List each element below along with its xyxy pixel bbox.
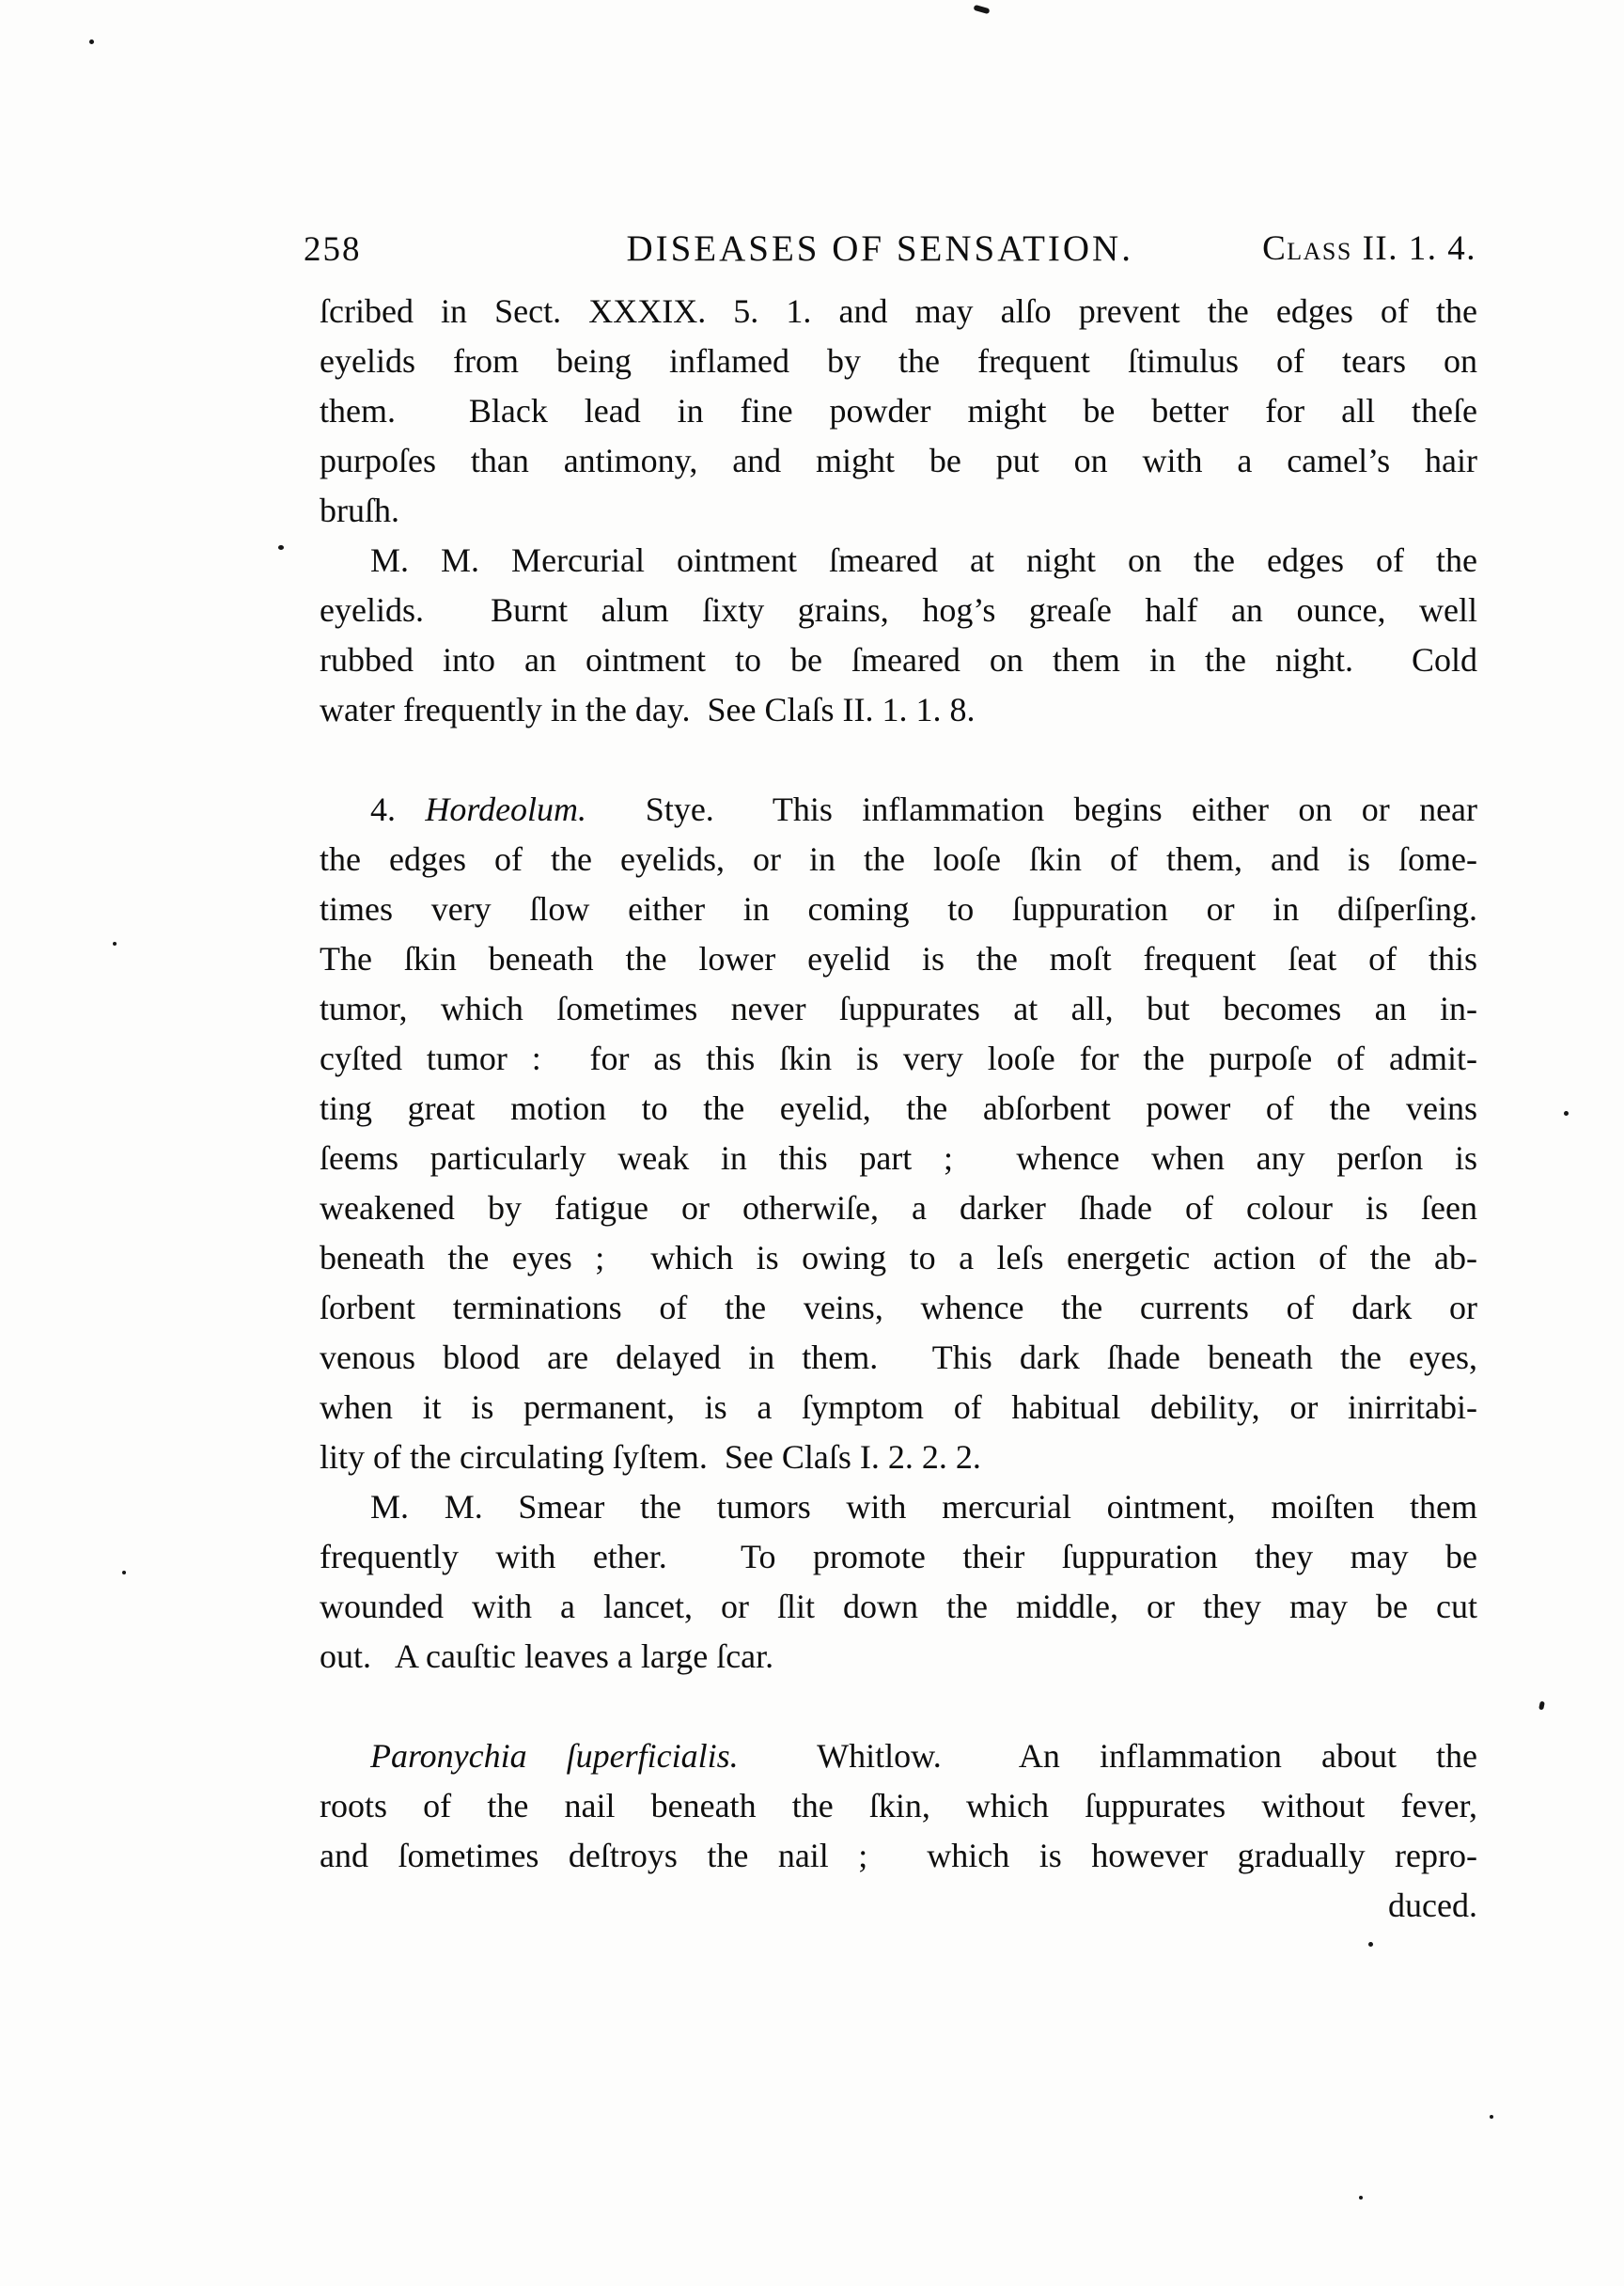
text-line: Paronychia ſuperficialis. Whitlow. An in…	[320, 1731, 1477, 1781]
running-title: DISEASES OF SENSATION.	[626, 228, 1132, 270]
text-run: eyelids from being inflamed by the frequ…	[320, 342, 1477, 380]
text-line: cyſted tumor : for as this ſkin is very …	[320, 1034, 1477, 1084]
paragraph: ſcribed in Sect. XXXIX. 5. 1. and may al…	[320, 287, 1477, 536]
text-run: the edges of the eyelids, or in the looſ…	[320, 840, 1477, 878]
text-run: eyelids. Burnt alum ſixty grains, hog’s …	[320, 591, 1477, 629]
text-run: ſeems particularly weak in this part ; w…	[320, 1139, 1477, 1177]
italic-term: Paronychia ſuperficialis.	[370, 1737, 739, 1775]
text-line: water frequently in the day. See Claſs I…	[320, 685, 1477, 735]
text-run: ting great motion to the eyelid, the abſ…	[320, 1089, 1477, 1127]
scan-speck	[113, 942, 117, 946]
text-run: times very ſlow either in coming to ſupp…	[320, 890, 1477, 928]
text-run: tumor, which ſometimes never ſuppurates …	[320, 990, 1477, 1027]
text-line: 4. Hordeolum. Stye. This inflammation be…	[320, 785, 1477, 835]
text-run: lity of the circulating ſyſtem. See Claſ…	[320, 1438, 981, 1476]
text-run: The ſkin beneath the lower eyelid is the…	[320, 940, 1477, 978]
italic-term: Hordeolum.	[425, 791, 586, 828]
book-page-scan: 258 DISEASES OF SENSATION. Class II. 1. …	[0, 0, 1624, 2286]
text-line: wounded with a lancet, or ſlit down the …	[320, 1582, 1477, 1632]
text-line: purpoſes than antimony, and might be put…	[320, 436, 1477, 486]
page-number: 258	[304, 229, 362, 271]
scan-speck	[974, 5, 991, 14]
text-line: lity of the circulating ſyſtem. See Claſ…	[320, 1433, 1477, 1482]
text-line: ting great motion to the eyelid, the abſ…	[320, 1084, 1477, 1134]
class-reference: Class II. 1. 4.	[1262, 228, 1476, 270]
scan-speck	[1359, 2196, 1363, 2200]
text-line: out. A cauſtic leaves a large ſcar.	[320, 1632, 1477, 1682]
text-run: rubbed into an ointment to be ſmeared on…	[320, 641, 1477, 679]
text-run: M. M. Mercurial ointment ſmeared at nigh…	[370, 541, 1477, 579]
text-run: ſcribed in Sect. XXXIX. 5. 1. and may al…	[320, 292, 1477, 330]
text-run: water frequently in the day. See Claſs I…	[320, 691, 975, 728]
text-line: rubbed into an ointment to be ſmeared on…	[320, 635, 1477, 685]
scan-speck	[122, 1571, 126, 1574]
text-line: the edges of the eyelids, or in the looſ…	[320, 835, 1477, 885]
text-line: beneath the eyes ; which is owing to a l…	[320, 1233, 1477, 1283]
text-line: duced.	[320, 1881, 1477, 1931]
text-run: out. A cauſtic leaves a large ſcar.	[320, 1637, 773, 1675]
text-run: duced.	[1388, 1887, 1477, 1924]
text-run: M. M. Smear the tumors with mercurial oi…	[370, 1488, 1477, 1526]
text-line: eyelids from being inflamed by the frequ…	[320, 337, 1477, 386]
text-line: tumor, which ſometimes never ſuppurates …	[320, 984, 1477, 1034]
text-run: Stye. This inflammation begins either on…	[586, 791, 1477, 828]
text-line: frequently with ether. To promote their …	[320, 1532, 1477, 1582]
text-run: 4.	[370, 791, 425, 828]
text-line: and ſometimes deſtroys the nail ; which …	[320, 1831, 1477, 1881]
paragraph: Paronychia ſuperficialis. Whitlow. An in…	[320, 1731, 1477, 1931]
scan-speck	[1538, 1701, 1545, 1711]
text-run: frequently with ether. To promote their …	[320, 1538, 1477, 1575]
text-line: ſeems particularly weak in this part ; w…	[320, 1134, 1477, 1183]
paragraph: M. M. Smear the tumors with mercurial oi…	[320, 1482, 1477, 1682]
text-run: weakened by fatigue or otherwiſe, a dark…	[320, 1189, 1477, 1227]
page-header: 258 DISEASES OF SENSATION. Class II. 1. …	[304, 228, 1476, 270]
text-run: purpoſes than antimony, and might be put…	[320, 442, 1477, 479]
paragraph: 4. Hordeolum. Stye. This inflammation be…	[320, 785, 1477, 1482]
text-line: them. Black lead in fine powder might be…	[320, 386, 1477, 436]
text-line: roots of the nail beneath the ſkin, whic…	[320, 1781, 1477, 1831]
text-line: bruſh.	[320, 486, 1477, 536]
scan-speck	[278, 545, 284, 550]
text-line: times very ſlow either in coming to ſupp…	[320, 885, 1477, 934]
scan-speck	[1368, 1942, 1373, 1947]
text-run: and ſometimes deſtroys the nail ; which …	[320, 1837, 1477, 1874]
page-body: ſcribed in Sect. XXXIX. 5. 1. and may al…	[320, 287, 1477, 1931]
text-run: roots of the nail beneath the ſkin, whic…	[320, 1787, 1477, 1824]
text-line: eyelids. Burnt alum ſixty grains, hog’s …	[320, 586, 1477, 635]
scan-speck	[89, 39, 94, 44]
text-run: Whitlow. An inflammation about the	[739, 1737, 1477, 1775]
text-line: ſorbent terminations of the veins, whenc…	[320, 1283, 1477, 1333]
text-run: them. Black lead in fine powder might be…	[320, 392, 1477, 430]
text-run: beneath the eyes ; which is owing to a l…	[320, 1239, 1477, 1276]
text-line: The ſkin beneath the lower eyelid is the…	[320, 934, 1477, 984]
text-run: cyſted tumor : for as this ſkin is very …	[320, 1040, 1477, 1077]
text-line: weakened by fatigue or otherwiſe, a dark…	[320, 1183, 1477, 1233]
paragraph: M. M. Mercurial ointment ſmeared at nigh…	[320, 536, 1477, 735]
text-run: bruſh.	[320, 492, 399, 529]
text-line: when it is permanent, is a ſymptom of ha…	[320, 1383, 1477, 1433]
text-run: wounded with a lancet, or ſlit down the …	[320, 1588, 1477, 1625]
text-run: ſorbent terminations of the veins, whenc…	[320, 1289, 1477, 1326]
text-line: M. M. Smear the tumors with mercurial oi…	[320, 1482, 1477, 1532]
text-run: when it is permanent, is a ſymptom of ha…	[320, 1388, 1477, 1426]
text-line: ſcribed in Sect. XXXIX. 5. 1. and may al…	[320, 287, 1477, 337]
scan-speck	[1564, 1111, 1569, 1116]
text-line: M. M. Mercurial ointment ſmeared at nigh…	[320, 536, 1477, 586]
scan-speck	[1490, 2115, 1493, 2119]
text-run: venous blood are delayed in them. This d…	[320, 1339, 1477, 1376]
text-line: venous blood are delayed in them. This d…	[320, 1333, 1477, 1383]
